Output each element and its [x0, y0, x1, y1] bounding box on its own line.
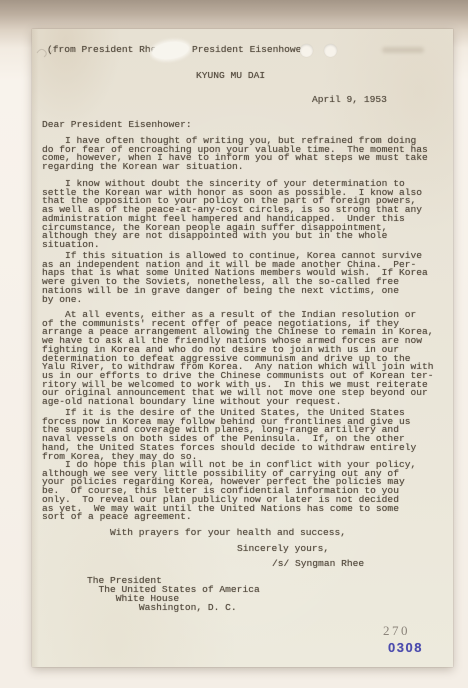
salutation: Dear President Eisenhower:	[42, 121, 192, 130]
paragraph: I know without doubt the sincerity of yo…	[42, 180, 422, 250]
paragraph: If it is the desire of the United States…	[42, 409, 416, 461]
paragraph: I have often thought of writing you, but…	[42, 137, 428, 172]
erasure-blob	[151, 40, 190, 62]
archive-stamp-number: 0308	[388, 640, 423, 655]
paragraph: At all events, either as a result of the…	[42, 311, 434, 407]
signature-line: /s/ Syngman Rhee	[272, 560, 364, 569]
closing-salutation: Sincerely yours,	[237, 545, 329, 554]
punch-hole	[324, 44, 337, 57]
paragraph: If this situation is allowed to continue…	[42, 252, 428, 304]
faint-smudge	[382, 47, 424, 53]
date-line: April 9, 1953	[312, 96, 387, 105]
paragraph: I do hope this plan will not be in confl…	[42, 461, 416, 522]
inside-address: The President The United States of Ameri…	[87, 577, 260, 613]
archive-page-number: 270	[383, 623, 410, 639]
routing-line-suffix: President Eisenhower)	[192, 46, 313, 55]
letter-page: (from President Rhe President Eisenhower…	[32, 29, 453, 667]
closing-prayer: With prayers for your health and success…	[110, 529, 346, 538]
letterhead: KYUNG MU DAI	[196, 72, 265, 81]
punch-hole	[300, 44, 313, 57]
routing-line-prefix: (from President Rhe	[47, 46, 156, 55]
